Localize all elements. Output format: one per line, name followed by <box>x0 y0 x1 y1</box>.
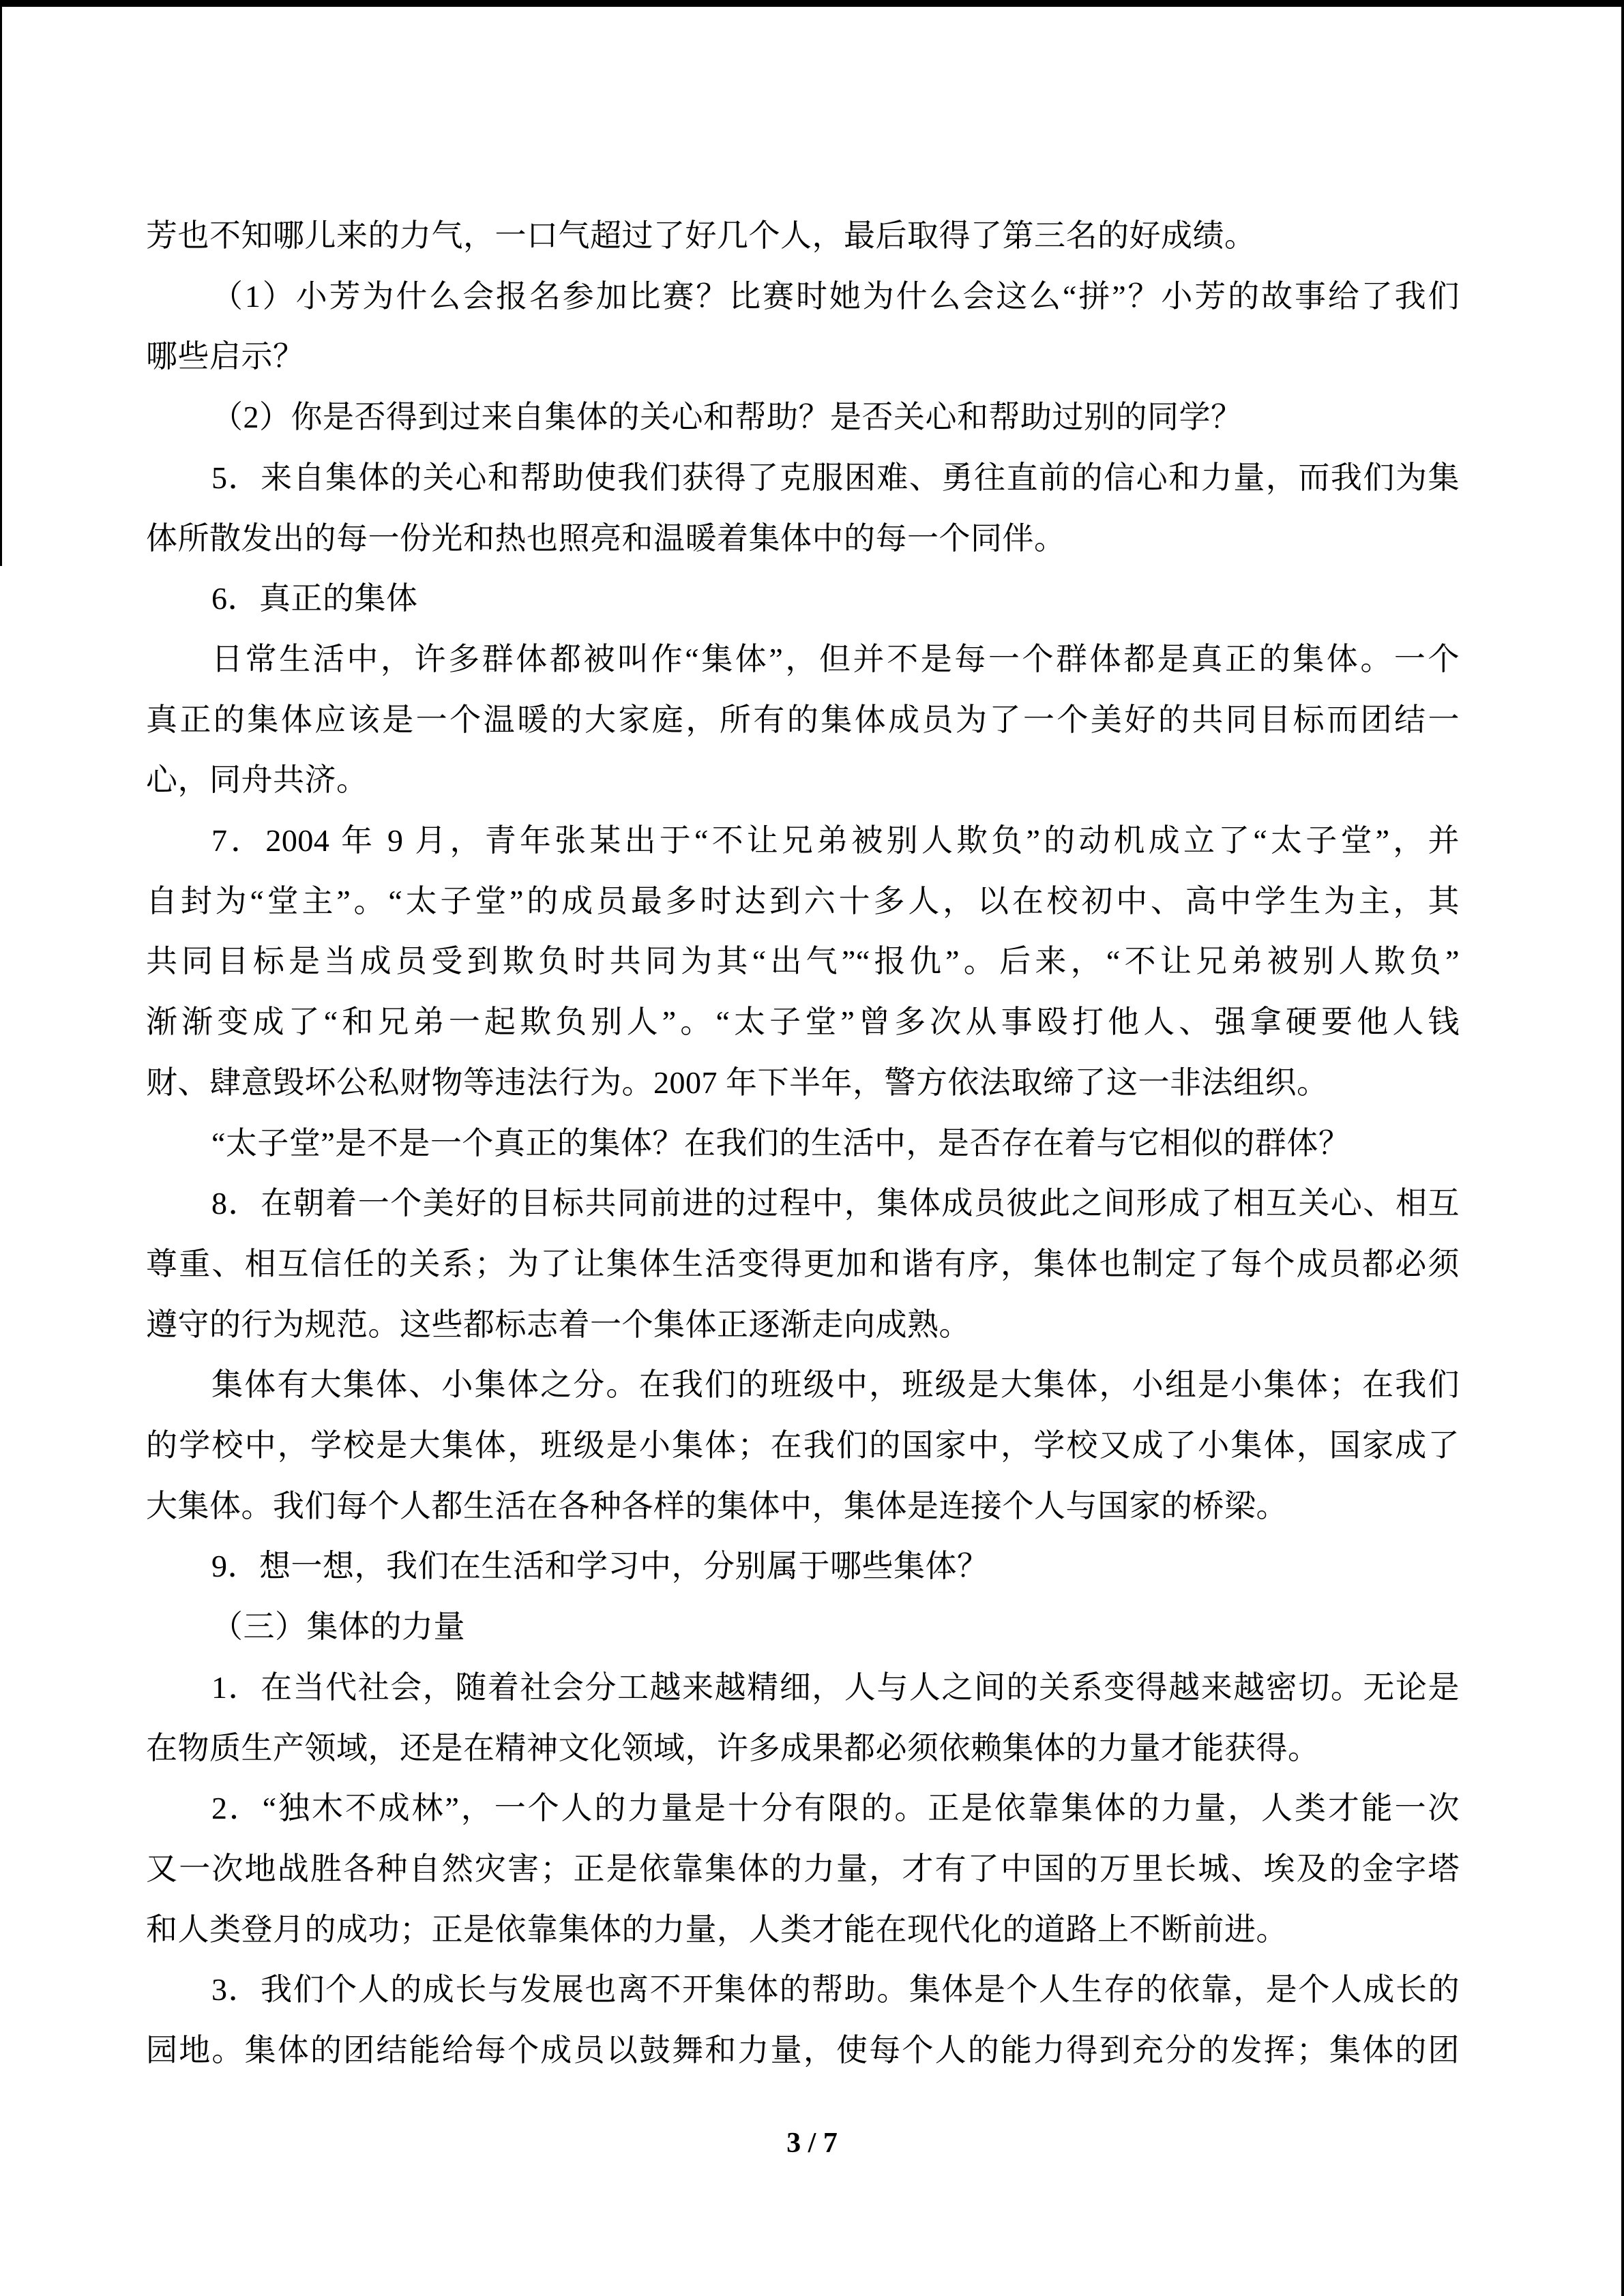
text-line-16: “太子堂”是不是一个真正的集体？在我们的生活中，是否存在着与它相似的群体？ <box>146 1114 1460 1174</box>
text-line-26: 在物质生产领域，还是在精神文化领域，许多成果都必须依赖集体的力量才能获得。 <box>146 1718 1460 1779</box>
text-line-14: 渐渐变成了“和兄弟一起欺负别人”。“太子堂”曾多次从事殴打他人、强拿硬要他人钱 <box>146 992 1460 1053</box>
text-line-17: 8．在朝着一个美好的目标共同前进的过程中，集体成员彼此之间形成了相互关心、相互 <box>146 1174 1460 1234</box>
text-line-24: （三）集体的力量 <box>146 1597 1460 1658</box>
text-line-10: 心，同舟共济。 <box>146 750 1460 811</box>
text-line-29: 和人类登月的成功；正是依靠集体的力量，人类才能在现代化的道路上不断前进。 <box>146 1900 1460 1960</box>
document-body: 芳也不知哪儿来的力气，一口气超过了好几个人，最后取得了第三名的好成绩。 （1）小… <box>146 206 1460 2081</box>
text-line-5: 5．来自集体的关心和帮助使我们获得了克服困难、勇往直前的信心和力量，而我们为集 <box>146 448 1460 509</box>
text-line-25: 1．在当代社会，随着社会分工越来越精细，人与人之间的关系变得越来越密切。无论是 <box>146 1658 1460 1718</box>
text-line-30: 3．我们个人的成长与发展也离不开集体的帮助。集体是个人生存的依靠，是个人成长的 <box>146 1960 1460 2021</box>
text-line-6: 体所散发出的每一份光和热也照亮和温暖着集体中的每一个同伴。 <box>146 509 1460 569</box>
text-line-20: 集体有大集体、小集体之分。在我们的班级中，班级是大集体，小组是小集体；在我们 <box>146 1355 1460 1416</box>
text-line-21: 的学校中，学校是大集体，班级是小集体；在我们的国家中，学校又成了小集体，国家成了 <box>146 1416 1460 1476</box>
text-line-11: 7．2004 年 9 月，青年张某出于“不让兄弟被别人欺负”的动机成立了“太子堂… <box>146 811 1460 871</box>
text-line-4: （2）你是否得到过来自集体的关心和帮助？是否关心和帮助过别的同学？ <box>146 387 1460 448</box>
text-line-13: 共同目标是当成员受到欺负时共同为其“出气”“报仇”。后来，“不让兄弟被别人欺负” <box>146 931 1460 992</box>
text-line-12: 自封为“堂主”。“太子堂”的成员最多时达到六十多人，以在校初中、高中学生为主，其 <box>146 871 1460 932</box>
text-line-3: 哪些启示？ <box>146 327 1460 387</box>
document-page: 芳也不知哪儿来的力气，一口气超过了好几个人，最后取得了第三名的好成绩。 （1）小… <box>0 0 1624 2296</box>
text-line-8: 日常生活中，许多群体都被叫作“集体”，但并不是每一个群体都是真正的集体。一个 <box>146 629 1460 690</box>
text-line-18: 尊重、相互信任的关系；为了让集体生活变得更加和谐有序，集体也制定了每个成员都必须 <box>146 1234 1460 1295</box>
page-edge-right <box>1621 0 1624 2296</box>
text-line-7: 6．真正的集体 <box>146 569 1460 629</box>
text-line-2: （1）小芳为什么会报名参加比赛？比赛时她为什么会这么“拼”？小芳的故事给了我们 <box>146 267 1460 327</box>
page-edge-left <box>0 0 2 566</box>
page-edge-top <box>0 0 1624 7</box>
text-line-31: 园地。集体的团结能给每个成员以鼓舞和力量，使每个人的能力得到充分的发挥；集体的团 <box>146 2021 1460 2081</box>
text-line-9: 真正的集体应该是一个温暖的大家庭，所有的集体成员为了一个美好的共同目标而团结一 <box>146 690 1460 751</box>
page-number: 3 / 7 <box>0 2129 1624 2158</box>
text-line-19: 遵守的行为规范。这些都标志着一个集体正逐渐走向成熟。 <box>146 1295 1460 1356</box>
text-line-23: 9．想一想，我们在生活和学习中，分别属于哪些集体？ <box>146 1536 1460 1597</box>
text-line-1: 芳也不知哪儿来的力气，一口气超过了好几个人，最后取得了第三名的好成绩。 <box>146 206 1460 267</box>
text-line-22: 大集体。我们每个人都生活在各种各样的集体中，集体是连接个人与国家的桥梁。 <box>146 1476 1460 1537</box>
text-line-28: 又一次地战胜各种自然灾害；正是依靠集体的力量，才有了中国的万里长城、埃及的金字塔 <box>146 1839 1460 1900</box>
text-line-15: 财、肆意毁坏公私财物等违法行为。2007 年下半年，警方依法取缔了这一非法组织。 <box>146 1053 1460 1114</box>
text-line-27: 2．“独木不成林”，一个人的力量是十分有限的。正是依靠集体的力量，人类才能一次 <box>146 1778 1460 1839</box>
